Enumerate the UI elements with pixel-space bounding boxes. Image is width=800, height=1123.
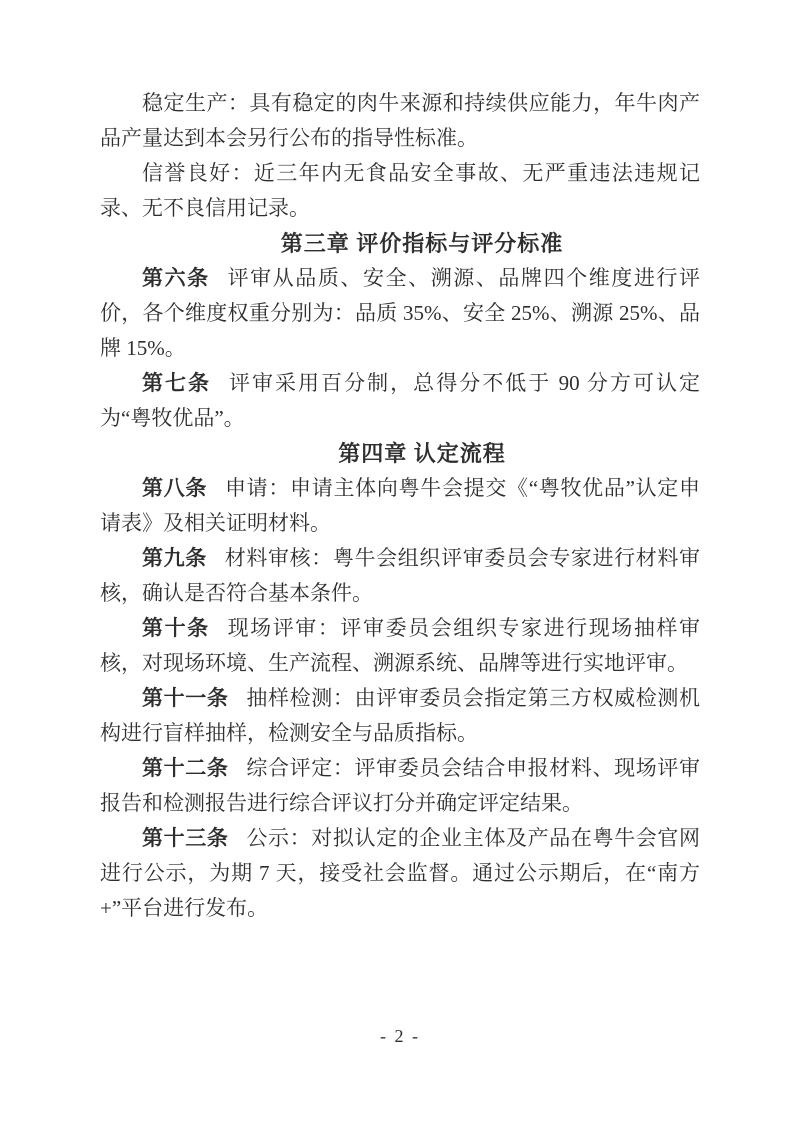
chapter-3-heading: 第三章 评价指标与评分标准 <box>100 226 700 261</box>
article-7-label: 第七条 <box>142 371 211 395</box>
article-9-label: 第九条 <box>142 546 207 570</box>
intro-paragraph-good-reputation: 信誉良好：近三年内无食品安全事故、无严重违法违规记录、无不良信用记录。 <box>100 156 700 226</box>
paragraph-text: 信誉良好：近三年内无食品安全事故、无严重违法违规记录、无不良信用记录。 <box>100 161 700 220</box>
article-11: 第十一条抽样检测：由评审委员会指定第三方权威检测机构进行盲样抽样，检测安全与品质… <box>100 681 700 751</box>
article-9: 第九条材料审核：粤牛会组织评审委员会专家进行材料审核，确认是否符合基本条件。 <box>100 541 700 611</box>
article-13-label: 第十三条 <box>142 826 229 850</box>
article-12: 第十二条综合评定：评审委员会结合申报材料、现场评审报告和检测报告进行综合评议打分… <box>100 751 700 821</box>
intro-paragraph-stable-production: 稳定生产：具有稳定的肉牛来源和持续供应能力，年牛肉产品产量达到本会另行公布的指导… <box>100 86 700 156</box>
article-11-label: 第十一条 <box>142 686 229 710</box>
paragraph-text: 稳定生产：具有稳定的肉牛来源和持续供应能力，年牛肉产品产量达到本会另行公布的指导… <box>100 91 700 150</box>
article-8: 第八条申请：申请主体向粤牛会提交《“粤牧优品”认定申请表》及相关证明材料。 <box>100 471 700 541</box>
article-6: 第六条评审从品质、安全、溯源、品牌四个维度进行评价，各个维度权重分别为：品质 3… <box>100 261 700 366</box>
page-number: - 2 - <box>0 1026 800 1047</box>
document-page: 稳定生产：具有稳定的肉牛来源和持续供应能力，年牛肉产品产量达到本会另行公布的指导… <box>0 0 800 1123</box>
article-10: 第十条现场评审：评审委员会组织专家进行现场抽样审核，对现场环境、生产流程、溯源系… <box>100 611 700 681</box>
article-12-label: 第十二条 <box>142 756 229 780</box>
chapter-4-heading: 第四章 认定流程 <box>100 436 700 471</box>
article-6-label: 第六条 <box>142 266 210 290</box>
document-body: 稳定生产：具有稳定的肉牛来源和持续供应能力，年牛肉产品产量达到本会另行公布的指导… <box>100 86 700 926</box>
article-8-label: 第八条 <box>142 476 207 500</box>
article-13: 第十三条公示：对拟认定的企业主体及产品在粤牛会官网进行公示，为期 7 天，接受社… <box>100 821 700 926</box>
article-10-label: 第十条 <box>142 616 210 640</box>
article-7: 第七条评审采用百分制，总得分不低于 90 分方可认定为“粤牧优品”。 <box>100 366 700 436</box>
